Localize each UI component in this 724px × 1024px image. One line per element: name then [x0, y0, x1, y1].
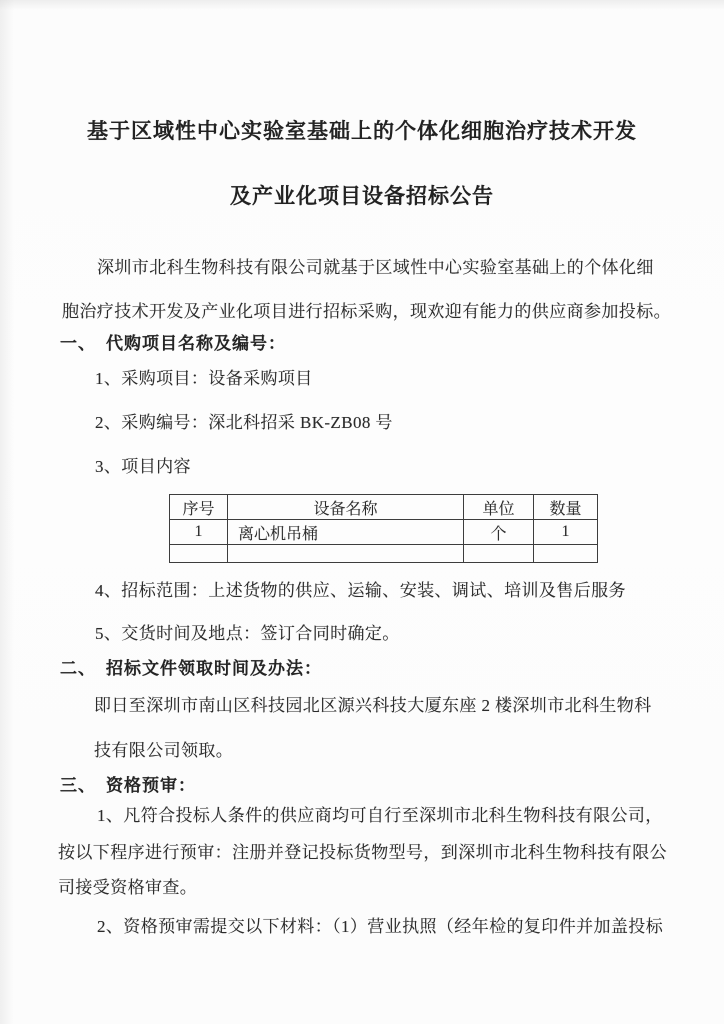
section-1-heading-row: 一、代购项目名称及编号： — [60, 329, 286, 354]
document-page: 基于区域性中心实验室基础上的个体化细胞治疗技术开发 及产业化项目设备招标公告 深… — [0, 0, 724, 1024]
table-cell-seq — [170, 545, 228, 563]
section-2-number: 二、 — [60, 654, 106, 679]
doc-title-line-2: 及产业化项目设备招标公告 — [0, 180, 724, 210]
section-3-item-1-line-3: 司接受资格审查。 — [58, 873, 197, 898]
table-row: 1 离心机吊桶 个 1 — [170, 520, 598, 545]
table-header-unit: 单位 — [464, 495, 534, 520]
section-1-item-5: 5、交货时间及地点：签订合同时确定。 — [95, 619, 400, 644]
section-3-number: 三、 — [60, 771, 106, 796]
section-3-heading-row: 三、资格预审： — [60, 771, 196, 796]
section-3-item-1-line-2: 按以下程序进行预审：注册并登记投标货物型号，到深圳市北科生物科技有限公 — [58, 838, 667, 863]
section-2-line-2: 技有限公司领取。 — [94, 736, 233, 761]
intro-line-2: 胞治疗技术开发及产业化项目进行招标采购，现欢迎有能力的供应商参加投标。 — [62, 297, 671, 322]
table-cell-unit — [464, 545, 534, 563]
section-3-heading: 资格预审： — [106, 776, 196, 795]
table-cell-seq: 1 — [170, 520, 228, 545]
section-3-item-2-line-1: 2、资格预审需提交以下材料：（1）营业执照（经年检的复印件并加盖投标 — [97, 912, 663, 937]
section-1-item-2: 2、采购编号：深北科招采 BK-ZB08 号 — [95, 408, 393, 433]
section-2-line-1: 即日至深圳市南山区科技园北区源兴科技大厦东座 2 楼深圳市北科生物科 — [94, 691, 652, 716]
table-cell-quantity — [534, 545, 598, 563]
table-header-row: 序号 设备名称 单位 数量 — [170, 495, 598, 520]
table-header-seq: 序号 — [170, 495, 228, 520]
section-1-item-4: 4、招标范围：上述货物的供应、运输、安装、调试、培训及售后服务 — [95, 576, 626, 601]
table-header-name: 设备名称 — [228, 495, 464, 520]
doc-title-line-1: 基于区域性中心实验室基础上的个体化细胞治疗技术开发 — [0, 115, 724, 145]
intro-line-1: 深圳市北科生物科技有限公司就基于区域性中心实验室基础上的个体化细 — [97, 253, 654, 278]
section-2-heading: 招标文件领取时间及办法： — [106, 659, 322, 678]
table-cell-unit: 个 — [464, 520, 534, 545]
section-1-heading: 代购项目名称及编号： — [106, 334, 286, 353]
table-row-empty — [170, 545, 598, 563]
table-cell-name — [228, 545, 464, 563]
section-1-number: 一、 — [60, 329, 106, 354]
equipment-table: 序号 设备名称 单位 数量 1 离心机吊桶 个 1 — [169, 494, 598, 563]
section-1-item-3: 3、项目内容 — [95, 452, 191, 477]
section-1-item-1: 1、采购项目：设备采购项目 — [95, 364, 313, 389]
section-3-item-1-line-1: 1、凡符合投标人条件的供应商均可自行至深圳市北科生物科技有限公司， — [97, 801, 663, 826]
table-header-quantity: 数量 — [534, 495, 598, 520]
table-cell-quantity: 1 — [534, 520, 598, 545]
section-2-heading-row: 二、招标文件领取时间及办法： — [60, 654, 322, 679]
table-cell-name: 离心机吊桶 — [228, 520, 464, 545]
